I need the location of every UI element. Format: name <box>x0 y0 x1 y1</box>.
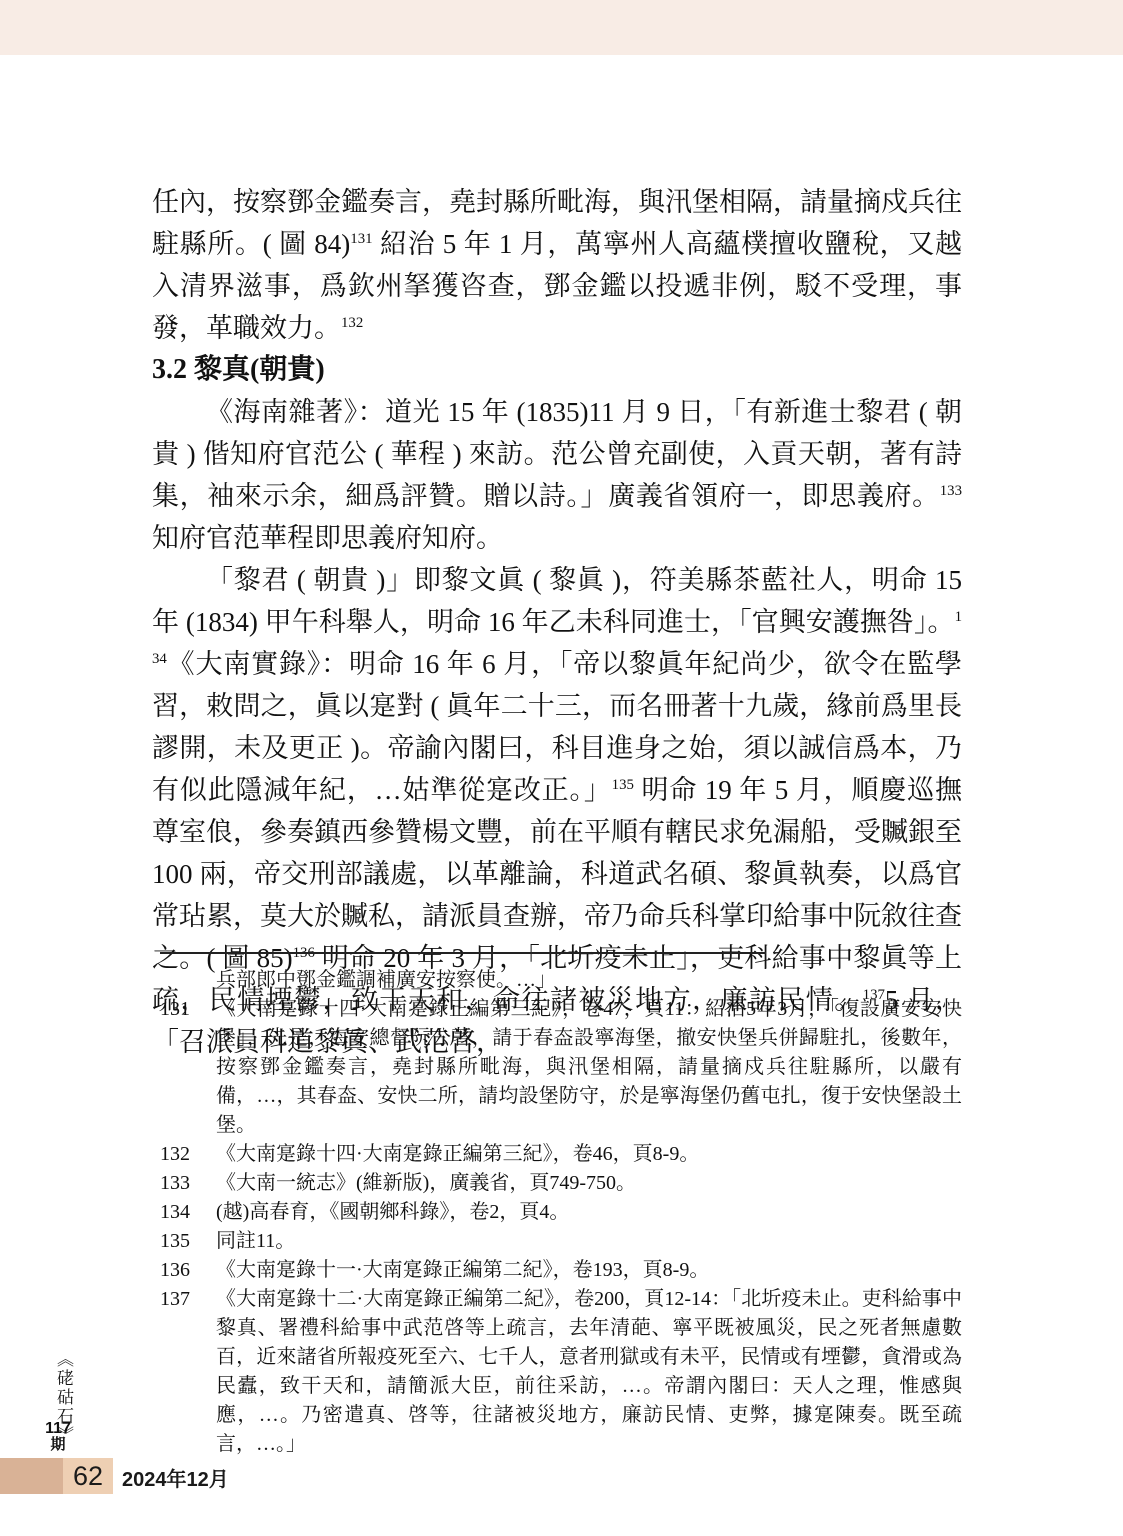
issue-date: 2024年12月 <box>122 1463 229 1492</box>
footnote-131: 131 《大南寔錄十四·大南寔錄正編第三紀》，卷47，頁11：紹治5年3月，「復… <box>160 995 962 1140</box>
footnote-ref-131: 131 <box>350 231 372 247</box>
footnote-text: 《大南一統志》(維新版)，廣義省，頁749-750。 <box>216 1169 962 1198</box>
footnote-carryover-line: 兵部郎中鄧金鑑調補廣安按察使。…」 <box>160 966 962 995</box>
footnote-135: 135 同註11。 <box>160 1227 962 1256</box>
footnote-number: 131 <box>160 995 216 1140</box>
footnote-ref-133: 133 <box>940 483 962 499</box>
footnote-number: 132 <box>160 1140 216 1169</box>
footnote-text: (越)高春育，《國朝鄉科錄》，卷2，頁4。 <box>216 1198 962 1227</box>
section-heading: 3.2 黎真(朝貴) <box>152 349 962 391</box>
footnote-number: 136 <box>160 1256 216 1285</box>
footnote-text: 《大南寔錄十四·大南寔錄正編第三紀》，卷47，頁11：紹治5年3月，「復設廣安安… <box>216 995 962 1140</box>
footnote-137: 137 《大南寔錄十二·大南寔錄正編第二紀》，卷200，頁12-14：「北圻疫未… <box>160 1285 962 1459</box>
article-body: 任內，按察鄧金鑑奏言，堯封縣所毗海，與汛堡相隔，請量摘戍兵往駐縣所。( 圖 84… <box>152 181 962 1063</box>
footnote-text: 同註11。 <box>216 1227 962 1256</box>
footnote-134: 134 (越)高春育，《國朝鄉科錄》，卷2，頁4。 <box>160 1198 962 1227</box>
footnotes-section: 兵部郎中鄧金鑑調補廣安按察使。…」 131 《大南寔錄十四·大南寔錄正編第三紀》… <box>160 952 962 1459</box>
footnote-separator-rule <box>160 952 766 954</box>
paragraph-1: 任內，按察鄧金鑑奏言，堯封縣所毗海，與汛堡相隔，請量摘戍兵往駐縣所。( 圖 84… <box>152 181 962 349</box>
footnote-number: 134 <box>160 1198 216 1227</box>
footnote-number: 137 <box>160 1285 216 1459</box>
issue-block: 117 期 <box>28 1420 88 1453</box>
issue-number: 117 <box>28 1420 88 1437</box>
top-color-band <box>0 0 1123 55</box>
page-number-bar: 62 <box>0 1458 113 1494</box>
paragraph-3-text-1: 「黎君 ( 朝貴 )」即黎文眞 ( 黎眞 )，符美縣茶藍社人，明命 15 年 (… <box>152 565 962 637</box>
footnote-text: 《大南寔錄十四·大南寔錄正編第三紀》，卷46，頁8-9。 <box>216 1140 962 1169</box>
footnote-text: 《大南寔錄十二·大南寔錄正編第二紀》，卷200，頁12-14：「北圻疫未止。吏科… <box>216 1285 962 1459</box>
footnote-ref-135: 135 <box>612 777 634 793</box>
paragraph-2-text-2: 知府官范華程即思義府知府。 <box>152 523 503 553</box>
paragraph-2-text-1: 《海南雜著》：道光 15 年 (1835)11 月 9 日，「有新進士黎君 ( … <box>152 397 962 511</box>
journal-page: 任內，按察鄧金鑑奏言，堯封縣所毗海，與汛堡相隔，請量摘戍兵往駐縣所。( 圖 84… <box>0 0 1123 1536</box>
footnote-number: 133 <box>160 1169 216 1198</box>
footnote-ref-132: 132 <box>341 315 363 331</box>
paragraph-2: 《海南雜著》：道光 15 年 (1835)11 月 9 日，「有新進士黎君 ( … <box>152 391 962 559</box>
footnote-number: 135 <box>160 1227 216 1256</box>
footnote-133: 133 《大南一統志》(維新版)，廣義省，頁749-750。 <box>160 1169 962 1198</box>
footnote-132: 132 《大南寔錄十四·大南寔錄正編第三紀》，卷46，頁8-9。 <box>160 1140 962 1169</box>
page-number: 62 <box>63 1458 113 1494</box>
issue-unit: 期 <box>28 1437 88 1453</box>
footnote-136: 136 《大南寔錄十一·大南寔錄正編第二紀》，卷193，頁8-9。 <box>160 1256 962 1285</box>
footnote-text: 《大南寔錄十一·大南寔錄正編第二紀》，卷193，頁8-9。 <box>216 1256 962 1285</box>
